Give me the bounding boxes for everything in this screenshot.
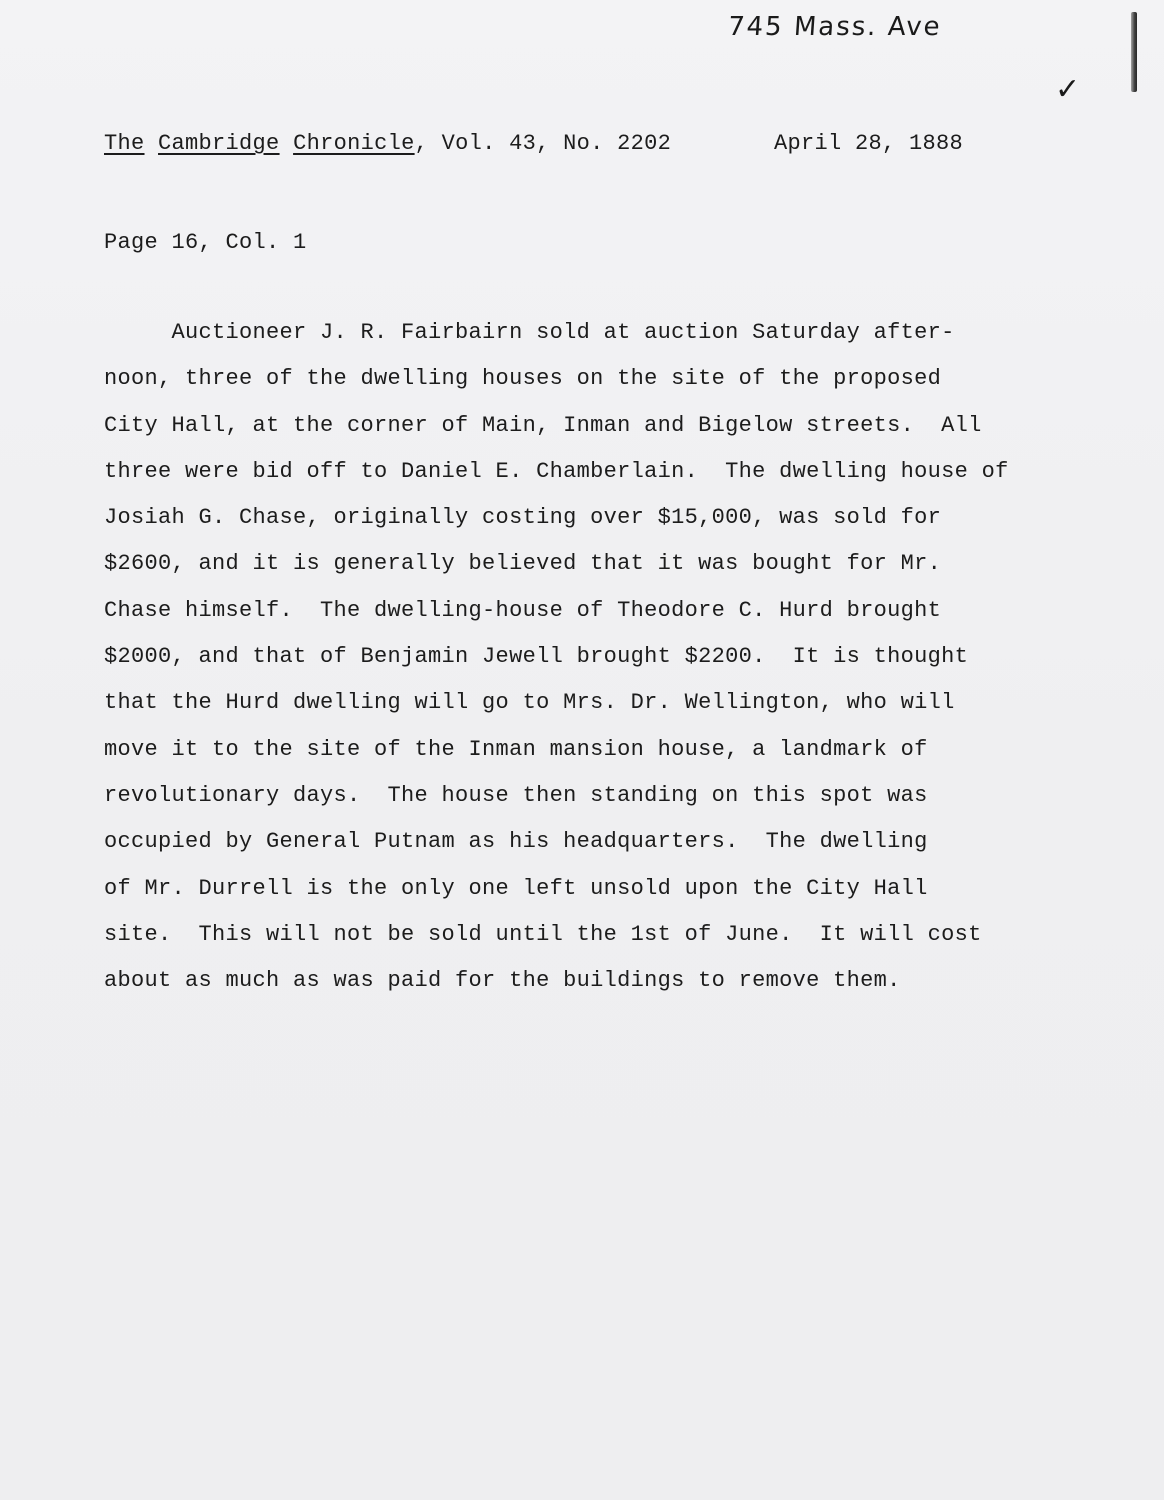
document-page: 745 Mass. Ave ✓ The Cambridge Chronicle,… <box>0 0 1164 1500</box>
article-line: $2000, and that of Benjamin Jewell broug… <box>104 642 1084 688</box>
article-line: of Mr. Durrell is the only one left unso… <box>104 874 1084 920</box>
article-line: noon, three of the dwelling houses on th… <box>104 364 1084 410</box>
article-line: City Hall, at the corner of Main, Inman … <box>104 411 1084 457</box>
publication-date: April 28, 1888 <box>774 131 963 156</box>
article-line: that the Hurd dwelling will go to Mrs. D… <box>104 688 1084 734</box>
article-line: about as much as was paid for the buildi… <box>104 966 1084 1012</box>
article-line: Auctioneer J. R. Fairbairn sold at aucti… <box>104 318 1084 364</box>
article-line: occupied by General Putnam as his headqu… <box>104 827 1084 873</box>
article-line: move it to the site of the Inman mansion… <box>104 735 1084 781</box>
publication-title-word: The <box>104 131 145 156</box>
article-line: site. This will not be sold until the 1s… <box>104 920 1084 966</box>
publication-citation: The Cambridge Chronicle, Vol. 43, No. 22… <box>104 131 671 156</box>
article-line: Chase himself. The dwelling-house of The… <box>104 596 1084 642</box>
article-line: three were bid off to Daniel E. Chamberl… <box>104 457 1084 503</box>
handwritten-address-note: 745 Mass. Ave <box>727 12 943 42</box>
page-edge-mark <box>1131 12 1137 92</box>
publication-title-word: Chronicle <box>293 131 415 156</box>
article-body: Auctioneer J. R. Fairbairn sold at aucti… <box>104 318 1084 1012</box>
article-line: revolutionary days. The house then stand… <box>104 781 1084 827</box>
publication-title-word: Cambridge <box>158 131 280 156</box>
article-line: $2600, and it is generally believed that… <box>104 549 1084 595</box>
article-line: Josiah G. Chase, originally costing over… <box>104 503 1084 549</box>
volume-info: , Vol. 43, No. 2202 <box>415 131 672 156</box>
page-column-reference: Page 16, Col. 1 <box>104 230 307 255</box>
checkmark-icon: ✓ <box>1055 72 1080 107</box>
